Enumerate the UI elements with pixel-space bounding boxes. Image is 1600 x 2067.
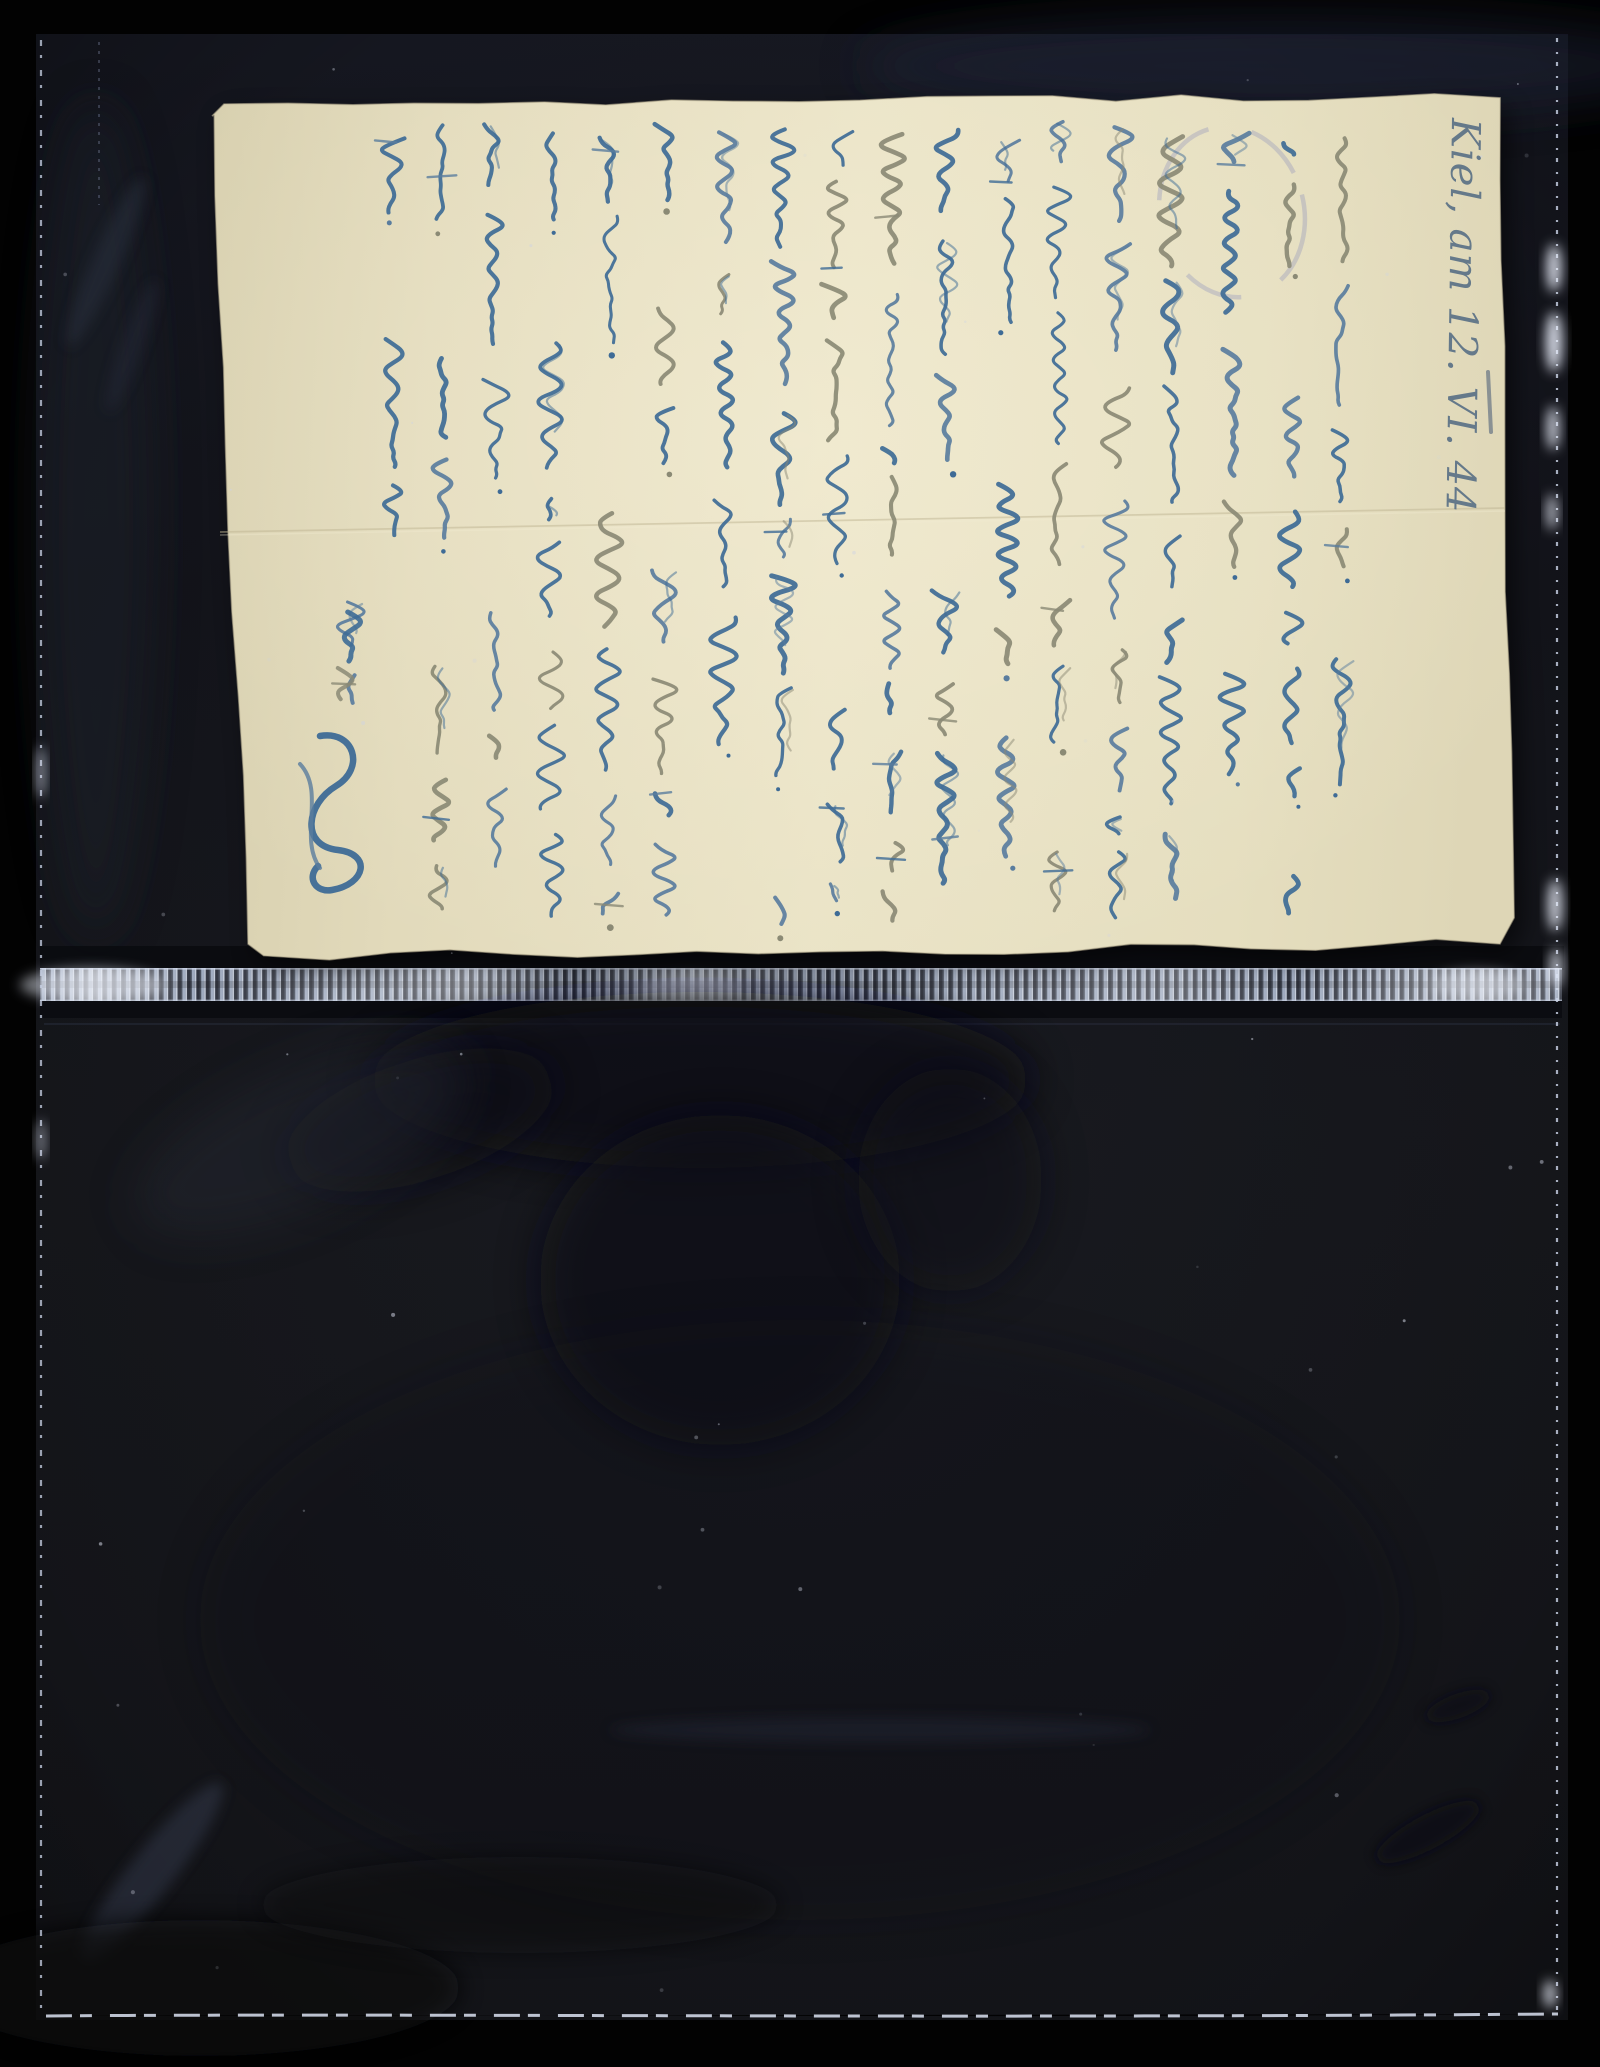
archival-sleeve-photo: Kiel, am 12. VI. 44 Kiel, am 12. VI. 44 bbox=[0, 0, 1600, 2067]
letter-dateline: Kiel, am 12. VI. 44 bbox=[1436, 117, 1488, 514]
photo-canvas: Kiel, am 12. VI. 44 bbox=[0, 0, 1600, 2067]
paper-sheen bbox=[212, 94, 1514, 960]
